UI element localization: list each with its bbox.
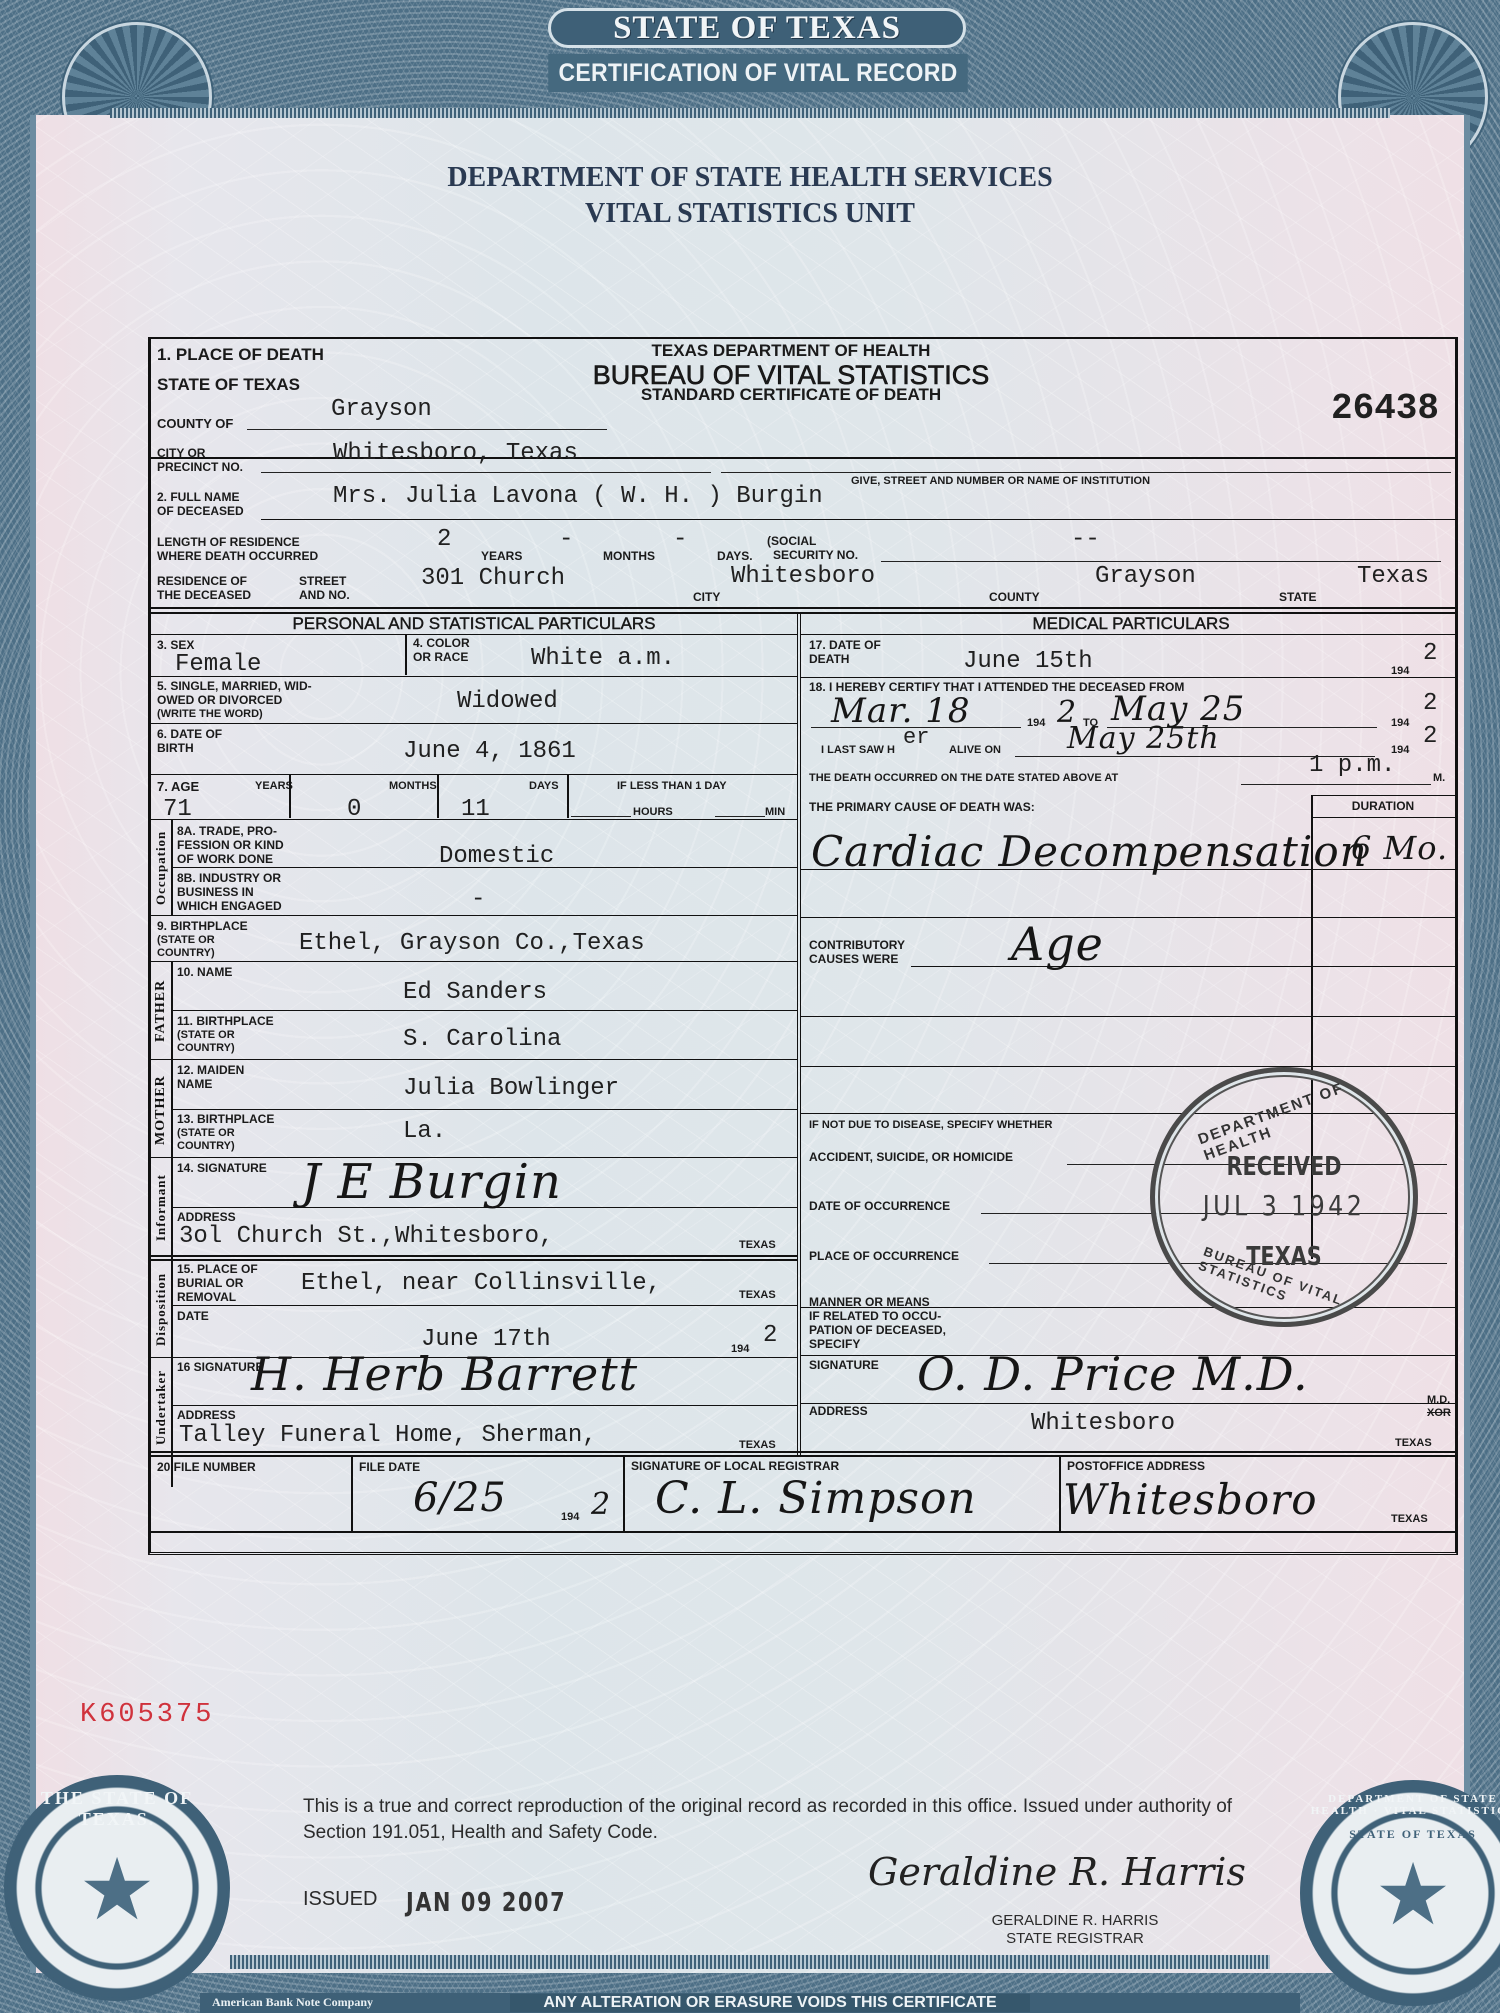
accident-label: ACCIDENT, SUICIDE, OR HOMICIDE [809, 1151, 1013, 1164]
mother-birthplace-label-2: (STATE OR [177, 1127, 235, 1139]
months-label: MONTHS [603, 550, 655, 563]
divider [151, 634, 797, 635]
not-disease-label: IF NOT DUE TO DISEASE, SPECIFY WHETHER [809, 1119, 1052, 1131]
department-title: DEPARTMENT OF STATE HEALTH SERVICES VITA… [0, 160, 1500, 232]
county-value: Grayson [331, 397, 432, 423]
industry-label-3: WHICH ENGAGED [177, 900, 282, 913]
alive-on-label: ALIVE ON [949, 744, 1001, 756]
decorative-border-bottom [230, 1955, 1270, 1969]
divider [151, 676, 797, 677]
city-underline [261, 472, 711, 473]
star-icon: ★ [1303, 1845, 1500, 1945]
personal-section-title: PERSONAL AND STATISTICAL PARTICULARS [151, 614, 797, 633]
received-stamp: DEPARTMENT OF HEALTH RECEIVED JUL 3 1942… [1150, 1067, 1418, 1327]
hours-label: HOURS [633, 806, 673, 818]
burial-label-1: 15. PLACE OF [177, 1263, 258, 1276]
divider [151, 1255, 797, 1257]
death-certificate-form: 1. PLACE OF DEATH STATE OF TEXAS COUNTY … [148, 337, 1458, 1555]
burial-year-suffix: 2 [763, 1323, 777, 1349]
local-registrar-signature: C. L. Simpson [655, 1473, 977, 1524]
divider [567, 775, 569, 818]
occurrence-place-label: PLACE OF OCCURRENCE [809, 1250, 959, 1263]
postoffice-label: POSTOFFICE ADDRESS [1067, 1460, 1205, 1473]
full-name-label-1: 2. FULL NAME [157, 491, 239, 504]
county-underline [247, 429, 607, 430]
star-icon: ★ [7, 1840, 227, 1940]
years-label: YEARS [481, 550, 522, 563]
occupation-related-label-3: SPECIFY [809, 1338, 860, 1351]
form-header-line-1: TEXAS DEPARTMENT OF HEALTH [531, 343, 1051, 359]
divider [171, 1405, 797, 1406]
contributory-label-1: CONTRIBUTORY [809, 939, 905, 952]
mother-name-label-2: NAME [177, 1078, 212, 1091]
disposition-side-label: Disposition [153, 1261, 169, 1357]
form-header-line-3: STANDARD CERTIFICATE OF DEATH [531, 387, 1051, 403]
burial-label-2: BURIAL OR [177, 1277, 243, 1290]
burial-place-value: Ethel, near Collinsville, [301, 1271, 661, 1297]
right-seal-outer-text: DEPARTMENT OF STATE HEALTH · VITAL STATI… [1303, 1793, 1500, 1817]
residence-county-label: COUNTY [989, 591, 1040, 604]
age-months-label: MONTHS [389, 780, 437, 792]
father-birthplace-label-3: COUNTRY) [177, 1042, 235, 1054]
department-line-2: VITAL STATISTICS UNIT [0, 196, 1500, 232]
days-label: DAYS. [717, 550, 753, 563]
divider [1059, 1457, 1061, 1531]
informant-signature-label: 14. SIGNATURE [177, 1162, 267, 1175]
burial-date-label: DATE [177, 1310, 209, 1323]
age-label: 7. AGE [157, 780, 199, 793]
father-side-label: FATHER [153, 963, 169, 1059]
informant-signature: J E Burgin [301, 1154, 562, 1210]
full-name-label-2: OF DECEASED [157, 505, 244, 518]
divider [1311, 795, 1455, 796]
divider [405, 635, 407, 675]
residence-years: 2 [437, 527, 451, 553]
residence-length-label-2: WHERE DEATH OCCURRED [157, 550, 318, 563]
attended-to-year-prefix: 194 [1391, 717, 1409, 729]
sex-value: Female [175, 652, 261, 678]
mother-name-label-1: 12. MAIDEN [177, 1064, 244, 1077]
residence-county: Grayson [1095, 564, 1196, 590]
divider [151, 607, 1455, 609]
divider [171, 961, 173, 1161]
race-label-1: 4. COLOR [413, 637, 470, 650]
city-underline-2 [721, 472, 1451, 473]
divider [151, 961, 797, 962]
serial-number: K605375 [80, 1700, 214, 1730]
industry-label-1: 8B. INDUSTRY OR [177, 872, 281, 885]
printer-credit: American Bank Note Company [212, 1995, 373, 2010]
stamp-received: RECEIVED [1181, 1152, 1387, 1182]
age-days-label: DAYS [529, 780, 559, 792]
father-name-value: Ed Sanders [403, 980, 547, 1006]
undertaker-signature: H. Herb Barrett [251, 1347, 638, 1401]
divider [151, 819, 797, 820]
divider [801, 1066, 1455, 1067]
mother-side-label: MOTHER [153, 1061, 169, 1159]
divider [151, 1059, 797, 1060]
hours-underline [571, 816, 631, 817]
alteration-warning: ANY ALTERATION OR ERASURE VOIDS THIS CER… [510, 1994, 1030, 2012]
divider [151, 1531, 1455, 1533]
undertaker-side-label: Undertaker [153, 1359, 169, 1457]
state-registrar-title: STATE REGISTRAR [950, 1930, 1200, 1948]
physician-address-value: Whitesboro [1031, 1411, 1175, 1437]
ssn-label-2: SECURITY NO. [773, 549, 858, 562]
last-saw-label: I LAST SAW H [821, 744, 895, 756]
attended-to-year-suffix: 2 [1423, 691, 1437, 717]
birthplace-label-3: COUNTRY) [157, 947, 215, 959]
father-birthplace-label-1: 11. BIRTHPLACE [177, 1015, 274, 1028]
occupation-side-label: Occupation [153, 821, 169, 915]
divider [801, 634, 1455, 635]
right-seal-inner-text: STATE OF TEXAS [1303, 1827, 1500, 1842]
ssn-value: -- [1071, 527, 1100, 553]
ssn-label-1: (SOCIAL [767, 535, 816, 548]
industry-value: - [471, 887, 485, 913]
attended-from-year-prefix: 194 [1027, 717, 1045, 729]
divider [801, 869, 1455, 870]
trade-label-3: OF WORK DONE [177, 853, 273, 866]
mother-birthplace-label-1: 13. BIRTHPLACE [177, 1113, 274, 1126]
death-time-underline [1241, 784, 1431, 785]
birthplace-label-1: 9. BIRTHPLACE [157, 920, 248, 933]
race-value: White a.m. [531, 646, 675, 672]
primary-cause-label: THE PRIMARY CAUSE OF DEATH WAS: [809, 801, 1035, 814]
father-name-label: 10. NAME [177, 966, 232, 979]
divider [151, 1451, 1455, 1453]
residence-street: 301 Church [421, 566, 565, 592]
marital-label-3: (WRITE THE WORD) [157, 708, 263, 720]
city-label-1: CITY OR [157, 447, 205, 460]
physician-address-label: ADDRESS [809, 1405, 868, 1418]
place-of-death-label: 1. PLACE OF DEATH [157, 345, 324, 364]
contributory-label-2: CAUSES WERE [809, 953, 898, 966]
state-of-texas-label: STATE OF TEXAS [157, 375, 300, 394]
mother-birthplace-label-3: COUNTRY) [177, 1140, 235, 1152]
divider [351, 1457, 353, 1531]
informant-address-value: 3ol Church St.,Whitesboro, [179, 1224, 553, 1250]
physician-signature: O. D. Price M.D. [917, 1347, 1309, 1401]
divider [801, 677, 1455, 678]
postoffice-value: Whitesboro [1063, 1475, 1317, 1524]
county-label: COUNTY OF [157, 416, 233, 432]
min-underline [715, 816, 765, 817]
banner-title: STATE OF TEXAS [548, 8, 966, 48]
file-number-label: 20 FILE NUMBER [157, 1461, 256, 1474]
file-date-label: FILE DATE [359, 1461, 420, 1474]
divider [437, 775, 439, 818]
left-seal-text: THE STATE OF TEXAS. [7, 1788, 227, 1830]
city-value: Whitesboro, Texas [333, 441, 578, 467]
md-label: M.D. [1427, 1394, 1450, 1406]
marital-value: Widowed [457, 689, 558, 715]
street-label-2: AND NO. [299, 589, 350, 602]
divider [623, 1457, 625, 1531]
occupation-related-label-1: IF RELATED TO OCCU- [809, 1310, 941, 1323]
medical-section-title: MEDICAL PARTICULARS [801, 614, 1461, 633]
residence-state: Texas [1357, 564, 1429, 590]
informant-texas-label: TEXAS [739, 1239, 776, 1251]
informant-side-label: Informant [153, 1159, 169, 1257]
dod-value: June 15th [963, 649, 1093, 675]
last-saw-pronoun: er [903, 725, 929, 751]
duration-label: DURATION [1313, 800, 1453, 813]
less-than-day-label: IF LESS THAN 1 DAY [617, 780, 727, 792]
occurrence-date-label: DATE OF OCCURRENCE [809, 1200, 950, 1213]
xor-label: XOR [1427, 1407, 1451, 1419]
divider [151, 774, 797, 775]
residence-city-label: CITY [693, 591, 720, 604]
race-label-2: OR RACE [413, 651, 468, 664]
file-year-prefix: 194 [561, 1511, 579, 1523]
street-hint-label: GIVE, STREET AND NUMBER OR NAME OF INSTI… [851, 475, 1150, 487]
department-line-1: DEPARTMENT OF STATE HEALTH SERVICES [0, 160, 1500, 196]
dob-label-2: BIRTH [157, 742, 194, 755]
death-time-label: THE DEATH OCCURRED ON THE DATE STATED AB… [809, 772, 1118, 784]
trade-label-1: 8A. TRADE, PRO- [177, 825, 277, 838]
burial-year-prefix: 194 [731, 1343, 749, 1355]
mother-birthplace-value: La. [403, 1119, 446, 1145]
attended-from-value: Mar. 18 [831, 691, 970, 731]
burial-texas-label: TEXAS [739, 1289, 776, 1301]
residence-state-label: STATE [1279, 591, 1317, 604]
physician-texas-label: TEXAS [1395, 1437, 1432, 1449]
column-divider [797, 612, 801, 1455]
undertaker-texas-label: TEXAS [739, 1439, 776, 1451]
certificate-number: 26438 [1331, 389, 1439, 429]
residence-city: Whitesboro [731, 564, 875, 590]
divider [261, 519, 1455, 520]
banner-subtitle: CERTIFICATION OF VITAL RECORD [548, 54, 968, 92]
dod-year-prefix: 194 [1391, 665, 1409, 677]
alive-on-value: May 25th [1067, 721, 1220, 756]
divider [171, 1010, 797, 1011]
dob-value: June 4, 1861 [403, 739, 576, 765]
birthplace-label-2: (STATE OR [157, 934, 215, 946]
dod-year-suffix: 2 [1423, 641, 1437, 667]
residence-label-1: RESIDENCE OF [157, 575, 247, 588]
divider [801, 1403, 1455, 1404]
divider [171, 867, 797, 868]
undertaker-address-label: ADDRESS [177, 1409, 236, 1422]
street-label-1: STREET [299, 575, 346, 588]
age-years-label: YEARS [255, 780, 293, 792]
decorative-border-top [110, 108, 1390, 118]
dob-label-1: 6. DATE OF [157, 728, 222, 741]
divider [151, 1259, 797, 1261]
full-name-value: Mrs. Julia Lavona ( W. H. ) Burgin [333, 484, 823, 510]
divider [1311, 817, 1455, 818]
file-year-suffix: 2 [591, 1487, 611, 1522]
alive-on-year-suffix: 2 [1423, 724, 1437, 750]
duration-value: 6 Mo. [1351, 829, 1448, 867]
residence-months: - [559, 527, 573, 553]
min-label: MIN [765, 806, 785, 818]
issued-label: ISSUED [303, 1888, 377, 1911]
state-of-texas-seal-icon: THE STATE OF TEXAS. ★ [4, 1775, 230, 2001]
issued-date: JAN 09 2007 [406, 1888, 566, 1918]
divider [171, 1207, 797, 1208]
state-registrar-signature: Geraldine R. Harris [868, 1850, 1246, 1894]
filing-texas-label: TEXAS [1391, 1513, 1428, 1525]
state-registrar-block: GERALDINE R. HARRIS STATE REGISTRAR [950, 1912, 1200, 1948]
divider [151, 723, 797, 724]
father-birthplace-value: S. Carolina [403, 1027, 561, 1053]
dod-label-1: 17. DATE OF [809, 639, 881, 652]
marital-label-2: OWED OR DIVORCED [157, 694, 282, 707]
dod-label-2: DEATH [809, 653, 849, 666]
registrar-signature-label: SIGNATURE OF LOCAL REGISTRAR [631, 1460, 839, 1473]
marital-label-1: 5. SINGLE, MARRIED, WID- [157, 680, 312, 693]
divider [289, 775, 291, 818]
ssn-underline [881, 561, 1441, 562]
divider [801, 917, 1455, 918]
divider [801, 1016, 1455, 1017]
residence-days: - [673, 527, 687, 553]
city-label-2: PRECINCT NO. [157, 461, 243, 474]
mother-name-value: Julia Bowlinger [403, 1076, 619, 1102]
file-date-value: 6/25 [413, 1475, 507, 1521]
certification-text: This is a true and correct reproduction … [303, 1794, 1283, 1846]
state-registrar-name: GERALDINE R. HARRIS [950, 1912, 1200, 1930]
divider [911, 966, 1455, 967]
residence-label-2: THE DECEASED [157, 589, 251, 602]
divider [151, 1455, 1455, 1457]
stamp-date: JUL 3 1942 [1174, 1189, 1393, 1222]
divider [151, 915, 797, 916]
m-label: M. [1433, 772, 1445, 784]
father-birthplace-label-2: (STATE OR [177, 1029, 235, 1041]
trade-label-2: FESSION OR KIND [177, 839, 284, 852]
divider [171, 1109, 797, 1110]
birthplace-value: Ethel, Grayson Co.,Texas [299, 931, 645, 957]
physician-signature-label: SIGNATURE [809, 1359, 879, 1372]
death-time-value: 1 p.m. [1309, 753, 1395, 779]
burial-label-3: REMOVAL [177, 1291, 236, 1304]
undertaker-address-value: Talley Funeral Home, Sherman, [179, 1423, 597, 1449]
contributory-value: Age [1011, 917, 1104, 971]
residence-length-label-1: LENGTH OF RESIDENCE [157, 536, 300, 549]
industry-label-2: BUSINESS IN [177, 886, 254, 899]
occupation-related-label-2: PATION OF DECEASED, [809, 1324, 946, 1337]
divider [171, 1305, 797, 1306]
